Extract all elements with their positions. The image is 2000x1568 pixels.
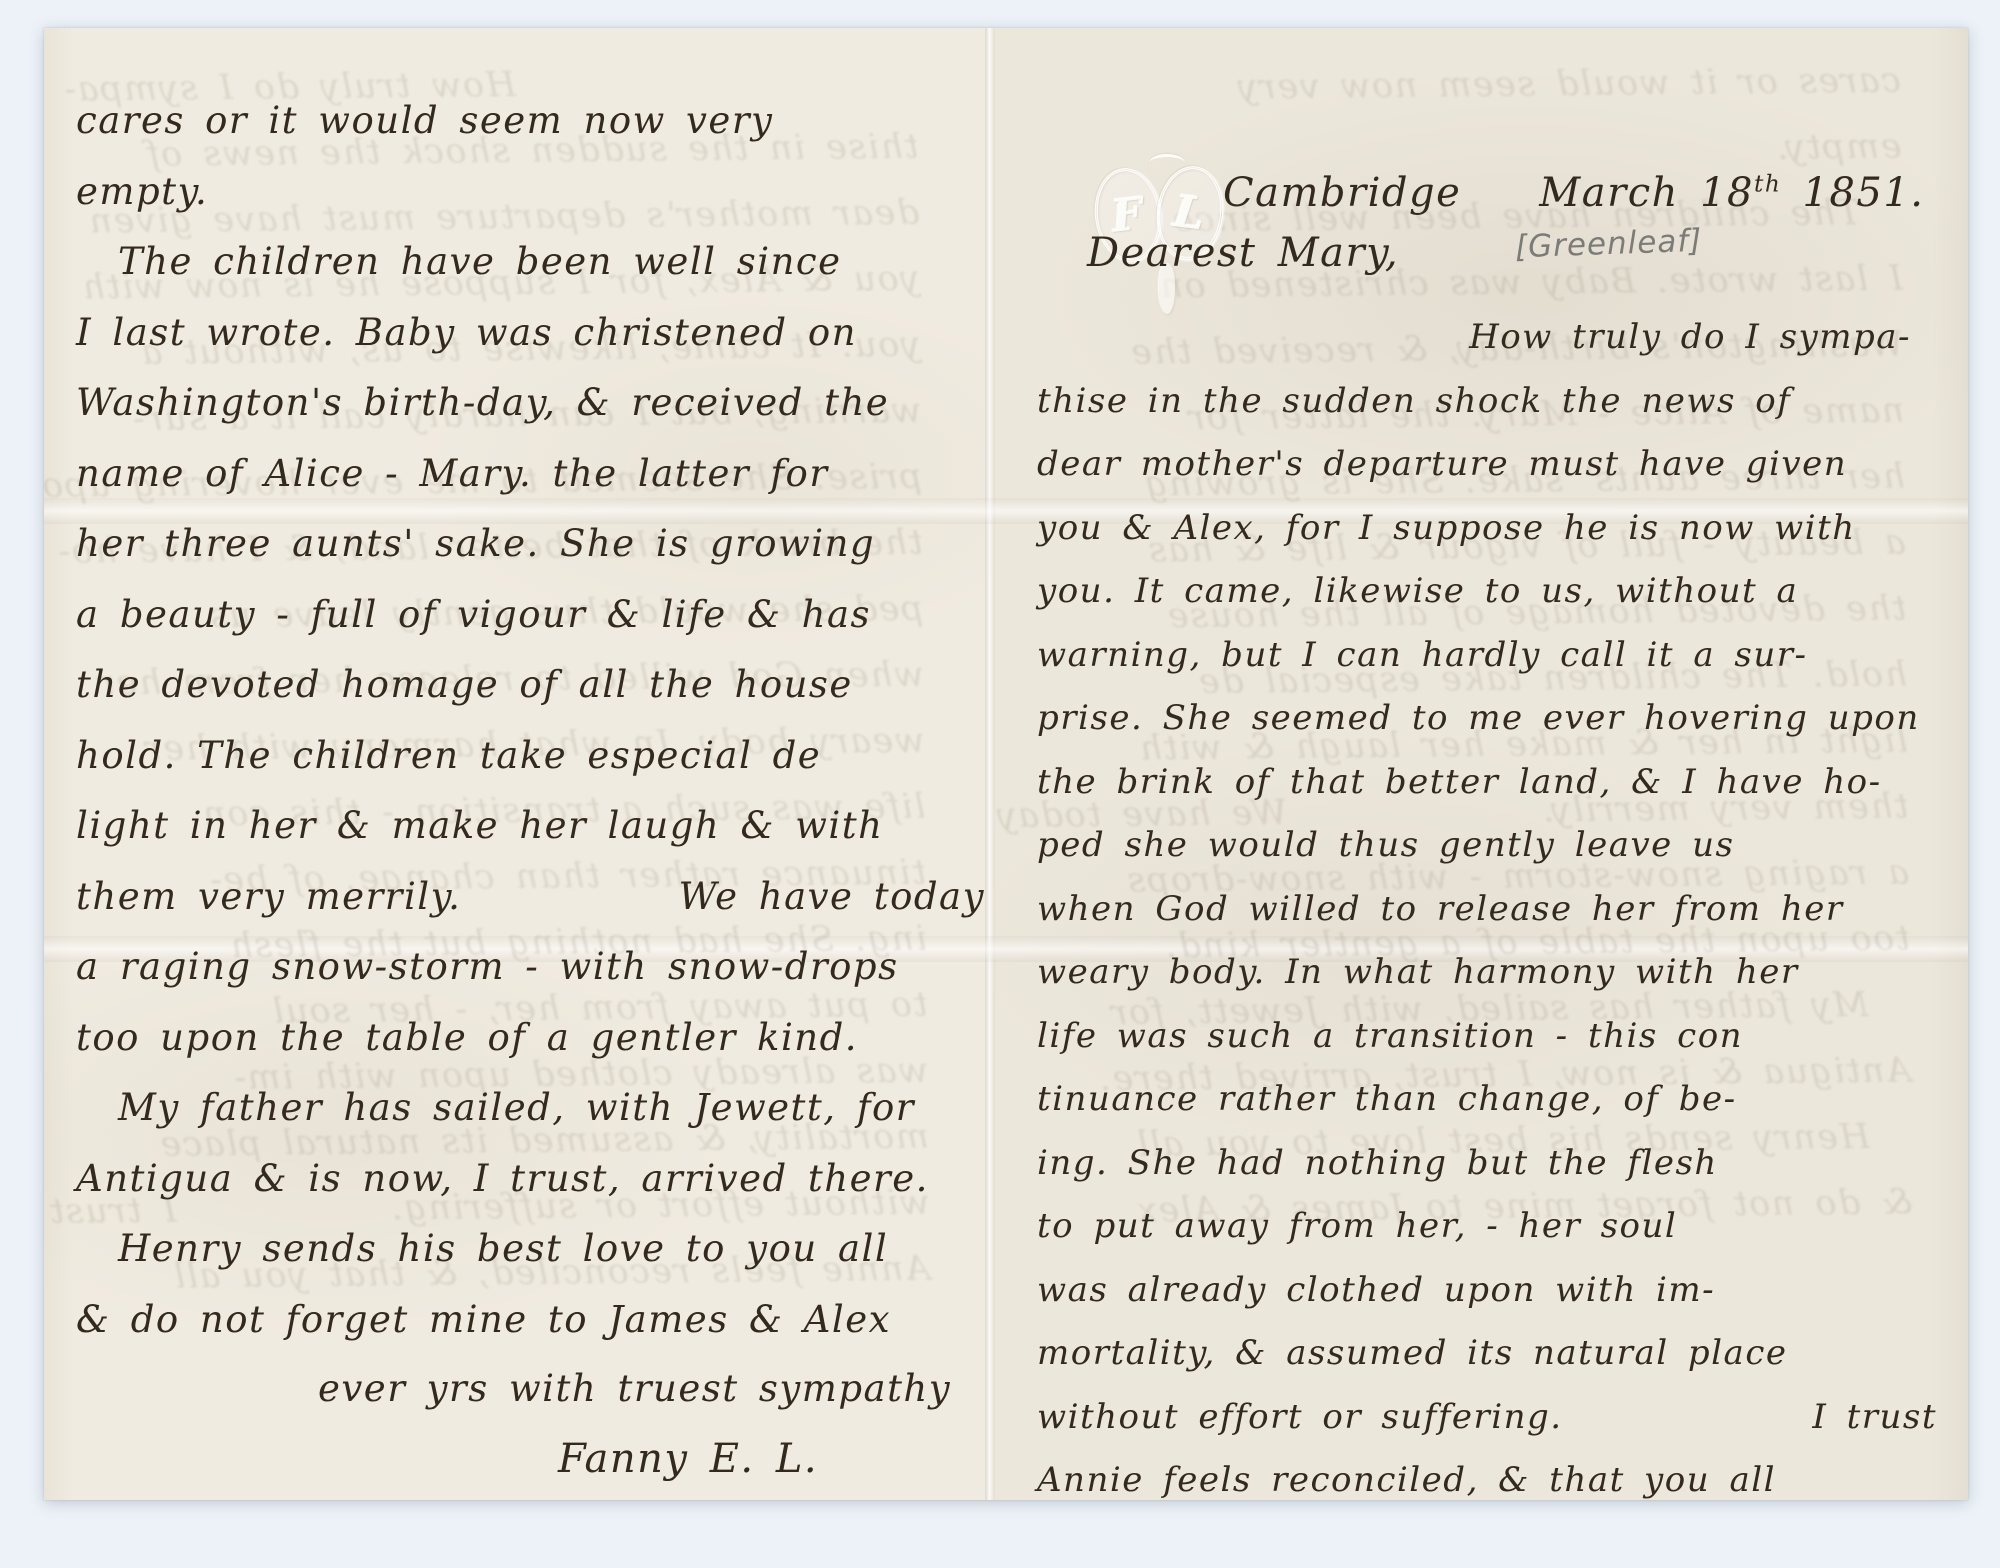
- manuscript-line: name of Alice - Mary. the latter for: [76, 439, 985, 510]
- manuscript-line: The children have been well since: [76, 227, 985, 298]
- manuscript-line: too upon the table of a gentler kind.: [76, 1003, 985, 1074]
- manuscript-line: tinuance rather than change, of be-: [1037, 1068, 1937, 1132]
- manuscript-line: the brink of that better land, & I have …: [1037, 751, 1937, 815]
- manuscript-line: them very merrily.We have today: [76, 862, 985, 933]
- manuscript-line: mortality, & assumed its natural place: [1037, 1322, 1937, 1386]
- manuscript-line: dear mother's departure must have given: [1037, 433, 1937, 497]
- manuscript-line: weary body. In what harmony with her: [1037, 941, 1937, 1005]
- letter-date: March 18th 1851.: [1539, 170, 1924, 216]
- manuscript-line: thise in the sudden shock the news of: [1037, 370, 1937, 434]
- manuscript-line: cares or it would seem now very: [995, 48, 1901, 124]
- left-page-lines: cares or it would seem now veryempty.The…: [76, 86, 985, 1355]
- signature: Fanny E. L.: [76, 1423, 985, 1495]
- manuscript-line: a raging snow-storm - with snow-drops: [76, 932, 985, 1003]
- manuscript-line: to put away from her, - her soul: [1037, 1195, 1937, 1259]
- manuscript-line: My father has sailed, with Jewett, for: [76, 1073, 985, 1144]
- place-name: Cambridge: [1223, 170, 1461, 216]
- manuscript-line: the devoted homage of all the house: [76, 650, 985, 721]
- right-page-text: How truly do I sympa-thise in the sudden…: [1037, 306, 1937, 1500]
- manuscript-line: life was such a transition - this con: [1037, 1005, 1937, 1069]
- manuscript-line: hold. The children take especial de: [76, 721, 985, 792]
- manuscript-line: cares or it would seem now very: [76, 86, 985, 157]
- manuscript-line: her three aunts' sake. She is growing: [76, 509, 985, 580]
- manuscript-line: Annie feels reconciled, & that you all: [1037, 1449, 1937, 1500]
- manuscript-line: a beauty - full of vigour & life & has: [76, 580, 985, 651]
- manuscript-line: How truly do I sympa-: [1037, 306, 1937, 370]
- manuscript-line: empty.: [76, 157, 985, 228]
- letter-page-right: cares or it would seem now veryempty.The…: [995, 28, 1968, 1500]
- date-ordinal: th: [1754, 171, 1781, 198]
- manuscript-line: Antigua & is now, I trust, arrived there…: [76, 1144, 985, 1215]
- closing-line: ever yrs with truest sympathy: [76, 1355, 985, 1423]
- manuscript-line: ped she would thus gently leave us: [1037, 814, 1937, 878]
- manuscript-line: warning, but I can hardly call it a sur-: [1037, 624, 1937, 688]
- salutation-row: Dearest Mary, [Greenleaf]: [1087, 230, 1968, 296]
- manuscript-line: light in her & make her laugh & with: [76, 791, 985, 862]
- manuscript-line: you & Alex, for I suppose he is now with: [1037, 497, 1937, 561]
- letter-page-left: How truly do I sympa-thise in the sudden…: [44, 28, 985, 1500]
- manuscript-line: was already clothed upon with im-: [1037, 1259, 1937, 1323]
- manuscript-line: Washington's birth-day, & received the: [76, 368, 985, 439]
- letter-spread: How truly do I sympa-thise in the sudden…: [44, 28, 1968, 1500]
- manuscript-line: Henry sends his best love to you all: [76, 1214, 985, 1285]
- salutation: Dearest Mary,: [1087, 230, 1399, 276]
- manuscript-line: prise. She seemed to me ever hovering up…: [1037, 687, 1937, 751]
- manuscript-line: I last wrote. Baby was christened on: [76, 298, 985, 369]
- manuscript-line: ing. She had nothing but the flesh: [1037, 1132, 1937, 1196]
- manuscript-line: & do not forget mine to James & Alex: [76, 1285, 985, 1356]
- dateline: Cambridge March 18th 1851.: [1223, 170, 1968, 216]
- pencil-annotation: [Greenleaf]: [1514, 223, 1702, 266]
- manuscript-line: you. It came, likewise to us, without a: [1037, 560, 1937, 624]
- left-page-text: cares or it would seem now veryempty.The…: [44, 28, 985, 1495]
- manuscript-line: when God willed to release her from her: [1037, 878, 1937, 942]
- center-fold: [985, 28, 995, 1500]
- manuscript-line: without effort or suffering.I trust: [1037, 1386, 1937, 1450]
